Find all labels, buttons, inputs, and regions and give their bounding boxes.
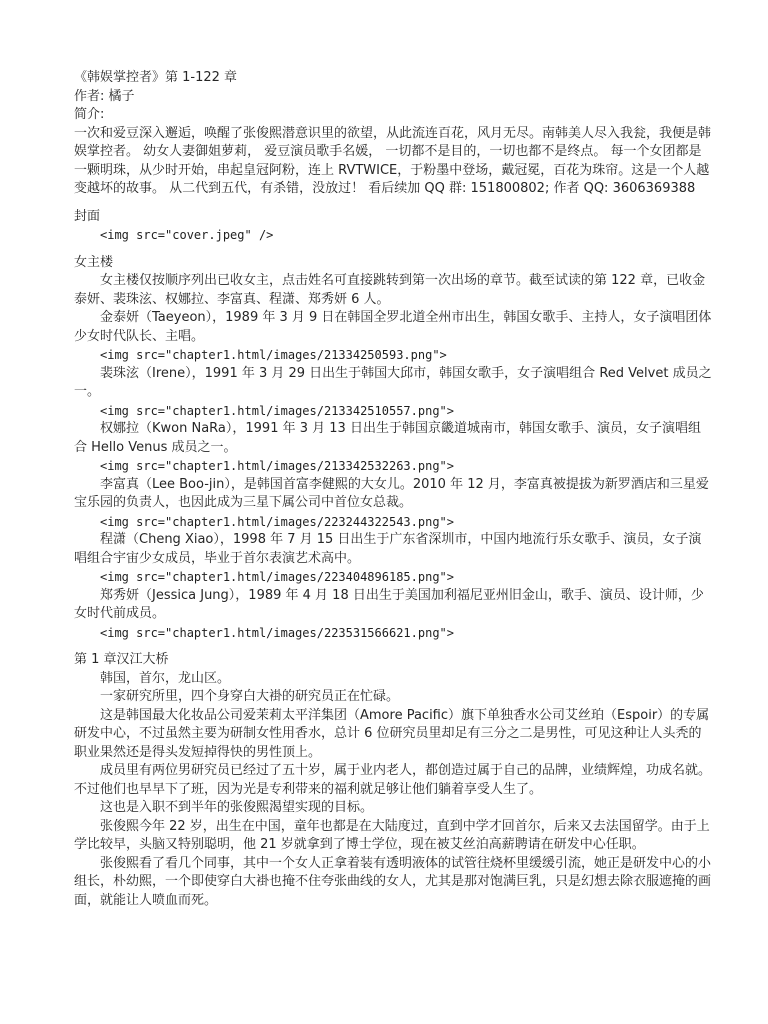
text-line: 女主楼仅按顺序列出已收女主，点击姓名可直接跳转到第一次出场的章节。截至试读的第 …	[74, 272, 712, 309]
text-line: 简介:	[74, 106, 712, 125]
document-content: 《韩娱掌控者》第 1-122 章作者: 橘子简介:一次和爱豆深入邂逅，唤醒了张俊…	[74, 69, 712, 910]
text-line: 金泰妍（Taeyeon），1989 年 3 月 9 日在韩国全罗北道全州市出生，…	[74, 309, 712, 346]
text-line: 张俊熙看了看几个同事，其中一个女人正拿着装有透明液体的试管往烧杯里缓缓引流，她正…	[74, 855, 712, 911]
text-line: 第 1 章汉江大桥	[74, 651, 712, 670]
code-line: <img src="chapter1.html/images/223404896…	[74, 568, 712, 587]
text-line: 张俊熙今年 22 岁，出生在中国，童年也都是在大陆度过，直到中学才回首尔，后来又…	[74, 818, 712, 855]
text-line: 郑秀妍（Jessica Jung），1989 年 4 月 18 日出生于美国加利…	[74, 587, 712, 624]
text-line: 李富真（Lee Boo-jin），是韩国首富李健熙的大女儿。2010 年 12 …	[74, 476, 712, 513]
text-line: 这也是入职不到半年的张俊熙渴望实现的目标。	[74, 799, 712, 818]
text-line: 《韩娱掌控者》第 1-122 章	[74, 69, 712, 88]
code-line: <img src="chapter1.html/images/213342510…	[74, 402, 712, 421]
text-line: 一次和爱豆深入邂逅，唤醒了张俊熙潜意识里的欲望，从此流连百花，风月无尽。南韩美人…	[74, 125, 712, 199]
document-page: 《韩娱掌控者》第 1-122 章作者: 橘子简介:一次和爱豆深入邂逅，唤醒了张俊…	[0, 0, 768, 1024]
code-line: <img src="cover.jpeg" />	[74, 226, 712, 245]
code-line: <img src="chapter1.html/images/223244322…	[74, 513, 712, 532]
blank-line	[74, 642, 712, 651]
code-line: <img src="chapter1.html/images/213342505…	[74, 346, 712, 365]
text-line: 成员里有两位男研究员已经过了五十岁，属于业内老人，都创造过属于自己的品牌，业绩辉…	[74, 762, 712, 799]
text-line: 裴珠泫（Irene），1991 年 3 月 29 日出生于韩国大邱市，韩国女歌手…	[74, 365, 712, 402]
text-line: 作者: 橘子	[74, 88, 712, 107]
text-line: 这是韩国最大化妆品公司爱茉莉太平洋集团（Amore Pacific）旗下单独香水…	[74, 707, 712, 763]
text-line: 韩国，首尔，龙山区。	[74, 670, 712, 689]
text-line: 权娜拉（Kwon NaRa），1991 年 3 月 13 日出生于韩国京畿道城南…	[74, 420, 712, 457]
blank-line	[74, 199, 712, 208]
text-line: 封面	[74, 208, 712, 227]
blank-line	[74, 245, 712, 254]
text-line: 女主楼	[74, 254, 712, 273]
code-line: <img src="chapter1.html/images/213342532…	[74, 457, 712, 476]
text-line: 程潇（Cheng Xiao），1998 年 7 月 15 日出生于广东省深圳市，…	[74, 531, 712, 568]
code-line: <img src="chapter1.html/images/223531566…	[74, 624, 712, 643]
text-line: 一家研究所里，四个身穿白大褂的研究员正在忙碌。	[74, 688, 712, 707]
